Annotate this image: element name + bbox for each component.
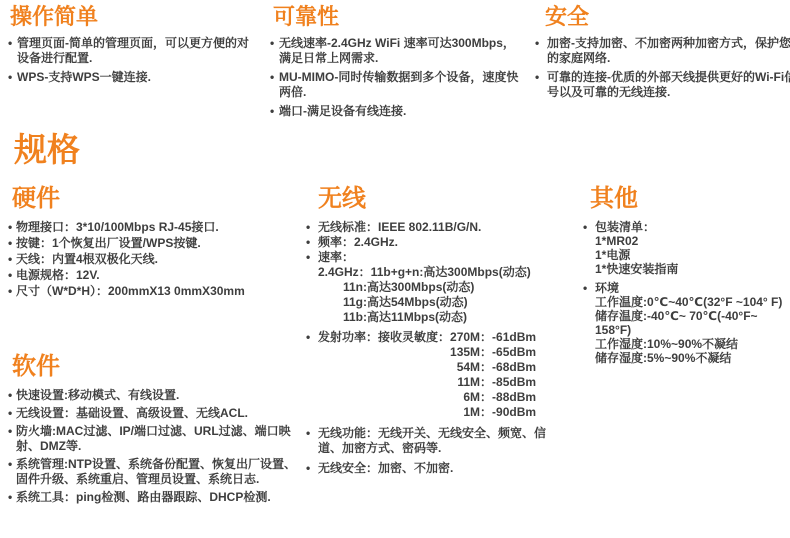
tx-sensitivity-values: 270M：-61dBm 135M：-65dBm 54M：-68dBm 11M：-… — [450, 330, 536, 420]
environment-list: 环境 工作温度:0℃~40℃(32°F ~104° F) 储存温度:-40℃~ … — [583, 281, 788, 365]
package-item: 1*电源 — [595, 248, 788, 262]
software-bullet: 无线设置：基础设置、高级设置、无线ACL. — [8, 406, 300, 421]
sensitivity-line: 54M：-68dBm — [450, 360, 536, 375]
spec-column-wireless: 无线 无线标准：IEEE 802.11B/G/N. 频率：2.4GHz. 速率：… — [306, 184, 558, 476]
spec-column-software: 软件 快速设置:移动模式、有线设置. 无线设置：基础设置、高级设置、无线ACL.… — [8, 352, 300, 508]
software-bullet: 系统工具：ping检测、路由器跟踪、DHCP检测. — [8, 490, 300, 505]
package-label: 包装清单： — [595, 220, 788, 234]
rate-line: 11g:高达54Mbps(动态) — [343, 295, 558, 310]
rate-line: 11b:高达11Mbps(动态) — [343, 310, 558, 325]
software-title: 软件 — [12, 352, 300, 382]
environment-item: 储存湿度:5%~90%不凝结 — [595, 351, 788, 365]
spec-column-hardware: 硬件 物理接口：3*10/100Mbps RJ-45接口. 按键：1个恢复出厂设… — [8, 184, 300, 300]
sensitivity-line: 270M：-61dBm — [450, 330, 536, 345]
software-bullet: 快速设置:移动模式、有线设置. — [8, 388, 300, 403]
spec-section-title: 规格 — [14, 130, 80, 170]
feature-bullet-list: 加密-支持加密、不加密两种加密方式，保护您的家庭网络. 可靠的连接-优质的外部天… — [535, 36, 790, 100]
feature-bullet-list: 管理页面-简单的管理页面，可以更方便的对设备进行配置. WPS-支持WPS一键连… — [8, 36, 258, 85]
sensitivity-line: 1M：-90dBm — [450, 405, 536, 420]
package-list: 包装清单： 1*MR02 1*电源 1*快速安装指南 — [583, 220, 788, 276]
environment-item: 工作温度:0℃~40℃(32°F ~104° F) — [595, 295, 788, 309]
environment-item: 工作湿度:10%~90%不凝结 — [595, 337, 788, 351]
tx-power-label: 发射功率：接收灵敏度： — [318, 330, 450, 344]
feature-section-reliability: 可靠性 无线速率-2.4GHz WiFi 速率可达300Mbps，满足日常上网需… — [270, 3, 524, 123]
wireless-standard: 无线标准：IEEE 802.11B/G/N. — [306, 220, 558, 235]
wireless-title: 无线 — [318, 184, 558, 214]
other-bullet-list: 包装清单： 1*MR02 1*电源 1*快速安装指南 环境 工作温度:0℃~40… — [583, 220, 788, 365]
feature-bullet: 加密-支持加密、不加密两种加密方式，保护您的家庭网络. — [535, 36, 790, 66]
package-item: 1*快速安装指南 — [595, 262, 788, 276]
hardware-bullet: 电源规格：12V. — [8, 268, 300, 283]
hardware-bullet: 按键：1个恢复出厂设置/WPS按键. — [8, 236, 300, 251]
feature-bullet: 无线速率-2.4GHz WiFi 速率可达300Mbps，满足日常上网需求. — [270, 36, 524, 66]
hardware-title: 硬件 — [12, 184, 300, 214]
feature-title: 操作简单 — [10, 3, 258, 31]
other-title: 其他 — [590, 184, 788, 214]
feature-bullet-list: 无线速率-2.4GHz WiFi 速率可达300Mbps，满足日常上网需求. M… — [270, 36, 524, 119]
feature-section-security: 安全 加密-支持加密、不加密两种加密方式，保护您的家庭网络. 可靠的连接-优质的… — [535, 3, 790, 104]
rate-line: 2.4GHz：11b+g+n:高达300Mbps(动态) — [318, 265, 558, 280]
feature-bullet: 端口-满足设备有线连接. — [270, 104, 524, 119]
hardware-bullet: 尺寸（W*D*H）：200mmX13 0mmX30mm — [8, 284, 300, 299]
wireless-rate: 速率： 2.4GHz：11b+g+n:高达300Mbps(动态) 11n:高达3… — [306, 250, 558, 325]
feature-bullet: 管理页面-简单的管理页面，可以更方便的对设备进行配置. — [8, 36, 258, 66]
feature-title: 安全 — [545, 3, 790, 31]
wireless-rate-label: 速率： — [318, 250, 354, 264]
wireless-security: 无线安全：加密、不加密. — [306, 461, 558, 476]
feature-bullet: MU-MIMO-同时传输数据到多个设备，速度快两倍. — [270, 70, 524, 100]
wireless-functions: 无线功能：无线开关、无线安全、频宽、信道、加密方式、密码等. — [306, 426, 546, 456]
package-item: 1*MR02 — [595, 234, 788, 248]
wireless-rate-lines: 2.4GHz：11b+g+n:高达300Mbps(动态) 11n:高达300Mb… — [318, 265, 558, 325]
software-bullet-list: 快速设置:移动模式、有线设置. 无线设置：基础设置、高级设置、无线ACL. 防火… — [8, 388, 300, 505]
software-bullet: 系统管理:NTP设置、系统备份配置、恢复出厂设置、固件升级、系统重启、管理员设置… — [8, 457, 300, 487]
hardware-bullet-list: 物理接口：3*10/100Mbps RJ-45接口. 按键：1个恢复出厂设置/W… — [8, 220, 300, 299]
environment-item: 储存温度:-40℃~ 70℃(-40°F~ 158°F) — [595, 309, 788, 337]
wireless-frequency: 频率：2.4GHz. — [306, 235, 558, 250]
product-spec-page: 操作简单 管理页面-简单的管理页面，可以更方便的对设备进行配置. WPS-支持W… — [0, 0, 790, 538]
hardware-bullet: 天线：内置4根双极化天线. — [8, 252, 300, 267]
sensitivity-line: 135M：-65dBm — [450, 345, 536, 360]
feature-section-easy-operation: 操作简单 管理页面-简单的管理页面，可以更方便的对设备进行配置. WPS-支持W… — [8, 3, 258, 89]
feature-bullet: 可靠的连接-优质的外部天线提供更好的Wi-Fi信号以及可靠的无线连接. — [535, 70, 790, 100]
software-bullet: 防火墙:MAC过滤、IP/端口过滤、URL过滤、端口映射、DMZ等. — [8, 424, 300, 454]
environment-label: 环境 — [595, 281, 788, 295]
rate-line: 11n:高达300Mbps(动态) — [343, 280, 558, 295]
sensitivity-line: 11M：-85dBm — [450, 375, 536, 390]
sensitivity-line: 6M：-88dBm — [450, 390, 536, 405]
spec-column-other: 其他 包装清单： 1*MR02 1*电源 1*快速安装指南 环境 工作温度:0℃… — [583, 184, 788, 365]
feature-bullet: WPS-支持WPS一键连接. — [8, 70, 258, 85]
wireless-bullet-list: 无线标准：IEEE 802.11B/G/N. 频率：2.4GHz. 速率： 2.… — [306, 220, 558, 476]
feature-title: 可靠性 — [273, 3, 524, 31]
hardware-bullet: 物理接口：3*10/100Mbps RJ-45接口. — [8, 220, 300, 235]
wireless-tx-power: 发射功率：接收灵敏度： 270M：-61dBm 135M：-65dBm 54M：… — [306, 330, 558, 420]
